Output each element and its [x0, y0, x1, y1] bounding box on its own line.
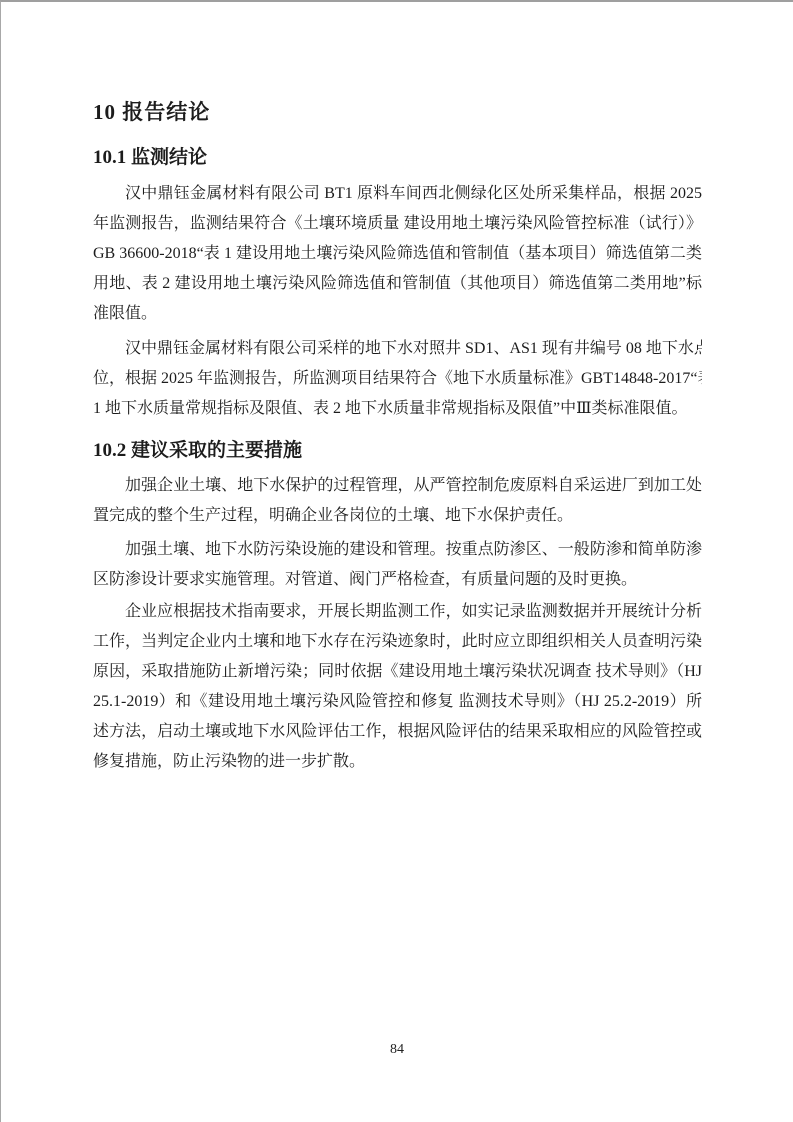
paragraph-soil-conclusion: 汉中鼎钰金属材料有限公司 BT1 原料车间西北侧绿化区处所采集样品，根据 202…: [93, 179, 702, 329]
text-line: 用地、表 2 建设用地土壤污染风险筛选值和管制值（其他项目）筛选值第二类用地”标: [93, 269, 702, 299]
text-line: 1 地下水质量常规指标及限值、表 2 地下水质量非常规指标及限值”中Ⅲ类标准限值…: [93, 394, 702, 424]
text-line: 25.1-2019）和《建设用地土壤污染风险管控和修复 监测技术导则》（HJ 2…: [93, 687, 702, 717]
document-page: 10 报告结论 10.1 监测结论 汉中鼎钰金属材料有限公司 BT1 原料车间西…: [0, 0, 793, 1122]
text-line: 工作，当判定企业内土壤和地下水存在污染迹象时，此时应立即组织相关人员查明污染: [93, 627, 702, 657]
text-line: 述方法，启动土壤或地下水风险评估工作，根据风险评估的结果采取相应的风险管控或: [93, 717, 702, 747]
text-line: 位，根据 2025 年监测报告，所监测项目结果符合《地下水质量标准》GBT148…: [93, 364, 702, 394]
page-number: 84: [1, 1042, 793, 1058]
text-line: 企业应根据技术指南要求，开展长期监测工作，如实记录监测数据并开展统计分析: [93, 597, 702, 627]
section-heading-recommended-measures: 10.2 建议采取的主要措施: [93, 439, 702, 463]
paragraph-process-management: 加强企业土壤、地下水保护的过程管理，从严管控制危废原料自采运进厂到加工处 置完成…: [93, 471, 702, 531]
paragraph-groundwater-conclusion: 汉中鼎钰金属材料有限公司采样的地下水对照井 SD1、AS1 现有井编号 08 地…: [93, 334, 702, 424]
text-line: 置完成的整个生产过程，明确企业各岗位的土壤、地下水保护责任。: [93, 501, 702, 531]
text-line: 汉中鼎钰金属材料有限公司 BT1 原料车间西北侧绿化区处所采集样品，根据 202…: [93, 179, 702, 209]
text-line: 区防渗设计要求实施管理。对管道、阀门严格检查，有质量问题的及时更换。: [93, 565, 702, 595]
paragraph-long-term-monitoring: 企业应根据技术指南要求，开展长期监测工作，如实记录监测数据并开展统计分析 工作，…: [93, 597, 702, 777]
text-line: 修复措施，防止污染物的进一步扩散。: [93, 747, 702, 777]
section-heading-monitoring-conclusion: 10.1 监测结论: [93, 146, 702, 170]
text-line: 汉中鼎钰金属材料有限公司采样的地下水对照井 SD1、AS1 现有井编号 08 地…: [93, 334, 702, 364]
paragraph-seepage-control: 加强土壤、地下水防污染设施的建设和管理。按重点防渗区、一般防渗和简单防渗 区防渗…: [93, 535, 702, 595]
text-line: GB 36600-2018“表 1 建设用地土壤污染风险筛选值和管制值（基本项目…: [93, 239, 702, 269]
text-line: 加强企业土壤、地下水保护的过程管理，从严管控制危废原料自采运进厂到加工处: [93, 471, 702, 501]
chapter-heading: 10 报告结论: [93, 99, 702, 125]
text-line: 年监测报告，监测结果符合《土壤环境质量 建设用地土壤污染风险管控标准（试行）》: [93, 209, 702, 239]
text-line: 加强土壤、地下水防污染设施的建设和管理。按重点防渗区、一般防渗和简单防渗: [93, 535, 702, 565]
text-line: 原因，采取措施防止新增污染；同时依据《建设用地土壤污染状况调查 技术导则》（HJ: [93, 657, 702, 687]
text-line: 准限值。: [93, 299, 702, 329]
report-content: 10 报告结论 10.1 监测结论 汉中鼎钰金属材料有限公司 BT1 原料车间西…: [93, 2, 702, 777]
